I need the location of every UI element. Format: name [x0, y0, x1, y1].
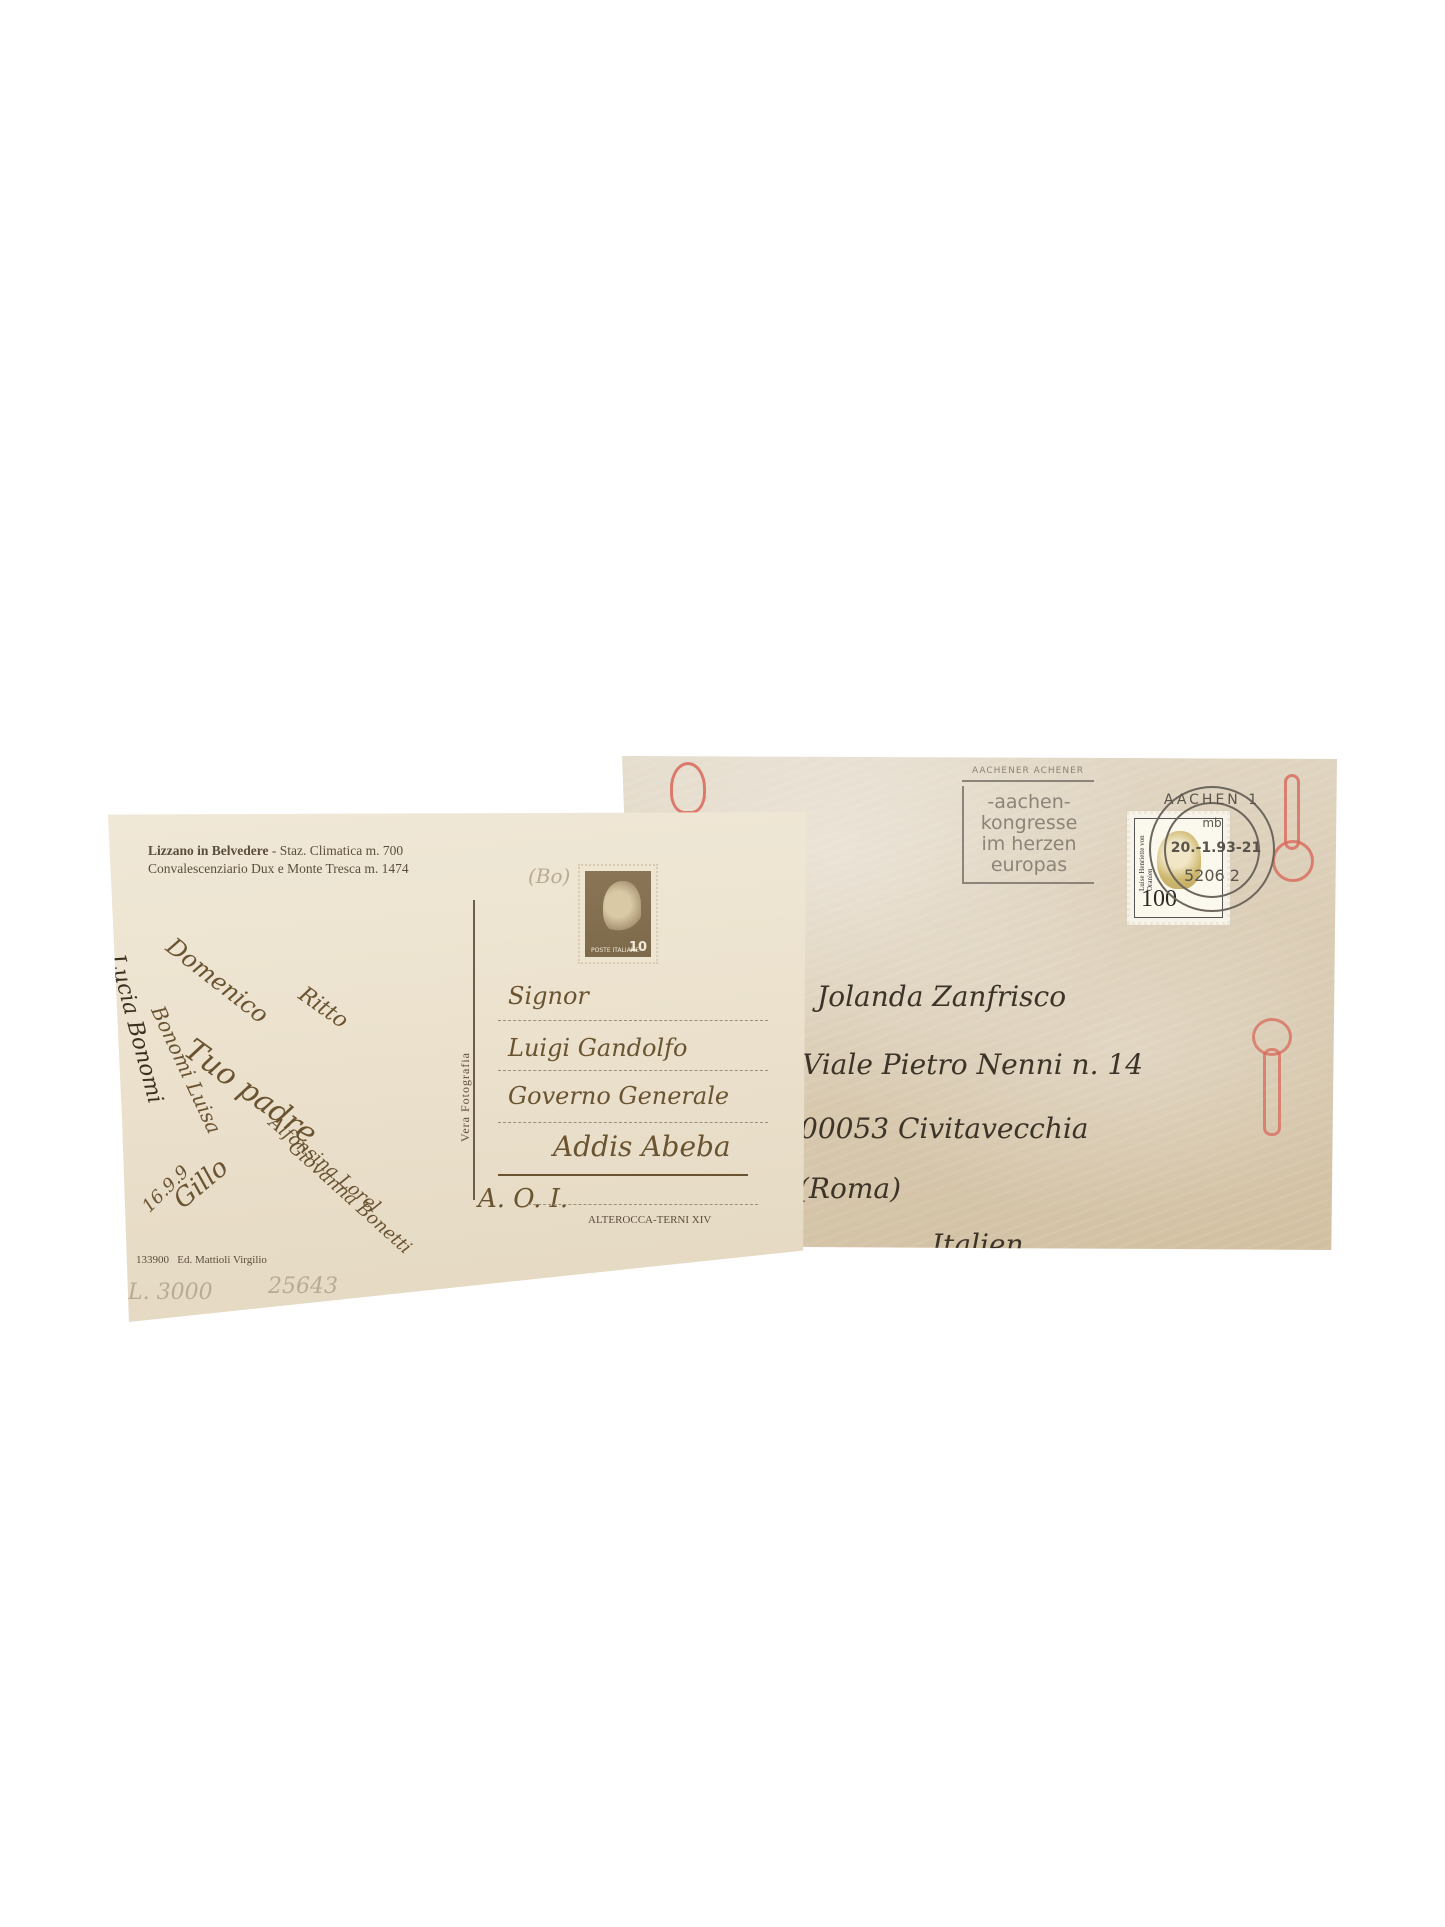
red-seal-top-left-icon — [670, 762, 706, 814]
postmark-circle: AACHEN 1 mb 20.-1.93-21 5206 2 — [1149, 786, 1275, 912]
envelope-address-line: (Roma) — [798, 1172, 901, 1205]
postcard-address-line: Luigi Gandolfo — [508, 1034, 688, 1062]
postcard-subtitle: Convalescenziario Dux e Monte Tresca m. … — [148, 861, 409, 876]
postmark-zip: 5206 2 — [1151, 866, 1273, 885]
publisher-number: 133900 — [136, 1254, 169, 1266]
machine-slogan-cancel: AACHENER ACHENER -aachen- kongresse im h… — [962, 766, 1094, 894]
slogan-line: europas — [964, 855, 1094, 876]
postcard-address-line: Signor — [508, 982, 589, 1010]
slogan-header: AACHENER ACHENER — [962, 766, 1094, 782]
address-dotted-line — [498, 1122, 768, 1123]
address-dotted-line — [528, 1204, 758, 1205]
slogan-line: -aachen- — [964, 792, 1094, 813]
stamp-value: 10 — [629, 940, 647, 955]
signature: Giovanna Bonetti — [284, 1137, 416, 1258]
signature: Ritto — [294, 982, 353, 1034]
red-seal-bottom-right-icon — [1252, 1018, 1286, 1138]
envelope-address-line: 00053 Civitavecchia — [800, 1112, 1089, 1145]
postmark-sub: mb — [1151, 816, 1273, 830]
profile-head-icon — [603, 881, 641, 933]
postcard-address-line: Governo Generale — [508, 1082, 729, 1110]
publisher-name: Ed. Mattioli Virgilio — [177, 1254, 267, 1266]
printer-credit: ALTEROCCA-TERNI XIV — [588, 1214, 711, 1226]
postmark-date: 20.-1.93-21 — [1159, 840, 1273, 856]
envelope-address-line: Jolanda Zanfrisco — [817, 980, 1066, 1013]
postcard-address-closing: A. O. I. — [478, 1184, 568, 1214]
italian-stamp: POSTE ITALIANE 10 — [578, 864, 658, 964]
photo-scene: AACHENER ACHENER -aachen- kongresse im h… — [0, 0, 1445, 1927]
envelope-address-line: Viale Pietro Nenni n. 14 — [802, 1048, 1143, 1081]
slogan-line: im herzen — [964, 834, 1094, 855]
address-underline — [498, 1174, 748, 1176]
signature: Domenico — [161, 932, 274, 1029]
postcard-address-line: Addis Abeba — [553, 1130, 731, 1163]
envelope-address-line: Italien — [932, 1228, 1024, 1261]
red-seal-top-right-icon — [1272, 774, 1306, 884]
postcard-title: Lizzano in Belvedere - Staz. Climatica m… — [148, 842, 409, 878]
pencil-note-top: (Bo) — [528, 864, 570, 888]
postmark-city: AACHEN 1 — [1151, 792, 1273, 808]
pencil-price: L. 3000 — [128, 1280, 213, 1305]
address-dotted-line — [498, 1020, 768, 1021]
slogan-line: kongresse — [964, 813, 1094, 834]
postcard-title-place: Lizzano in Belvedere — [148, 843, 269, 858]
postcard-divider — [473, 900, 475, 1200]
postcard: Lizzano in Belvedere - Staz. Climatica m… — [108, 812, 806, 1322]
address-dotted-line — [498, 1070, 768, 1071]
publisher-line: 133900 Ed. Mattioli Virgilio — [136, 1254, 267, 1266]
vertical-caption: Vera Fotografia — [458, 1052, 473, 1142]
pencil-number: 25643 — [268, 1274, 338, 1299]
postcard-title-rest: - Staz. Climatica m. 700 — [269, 843, 404, 858]
